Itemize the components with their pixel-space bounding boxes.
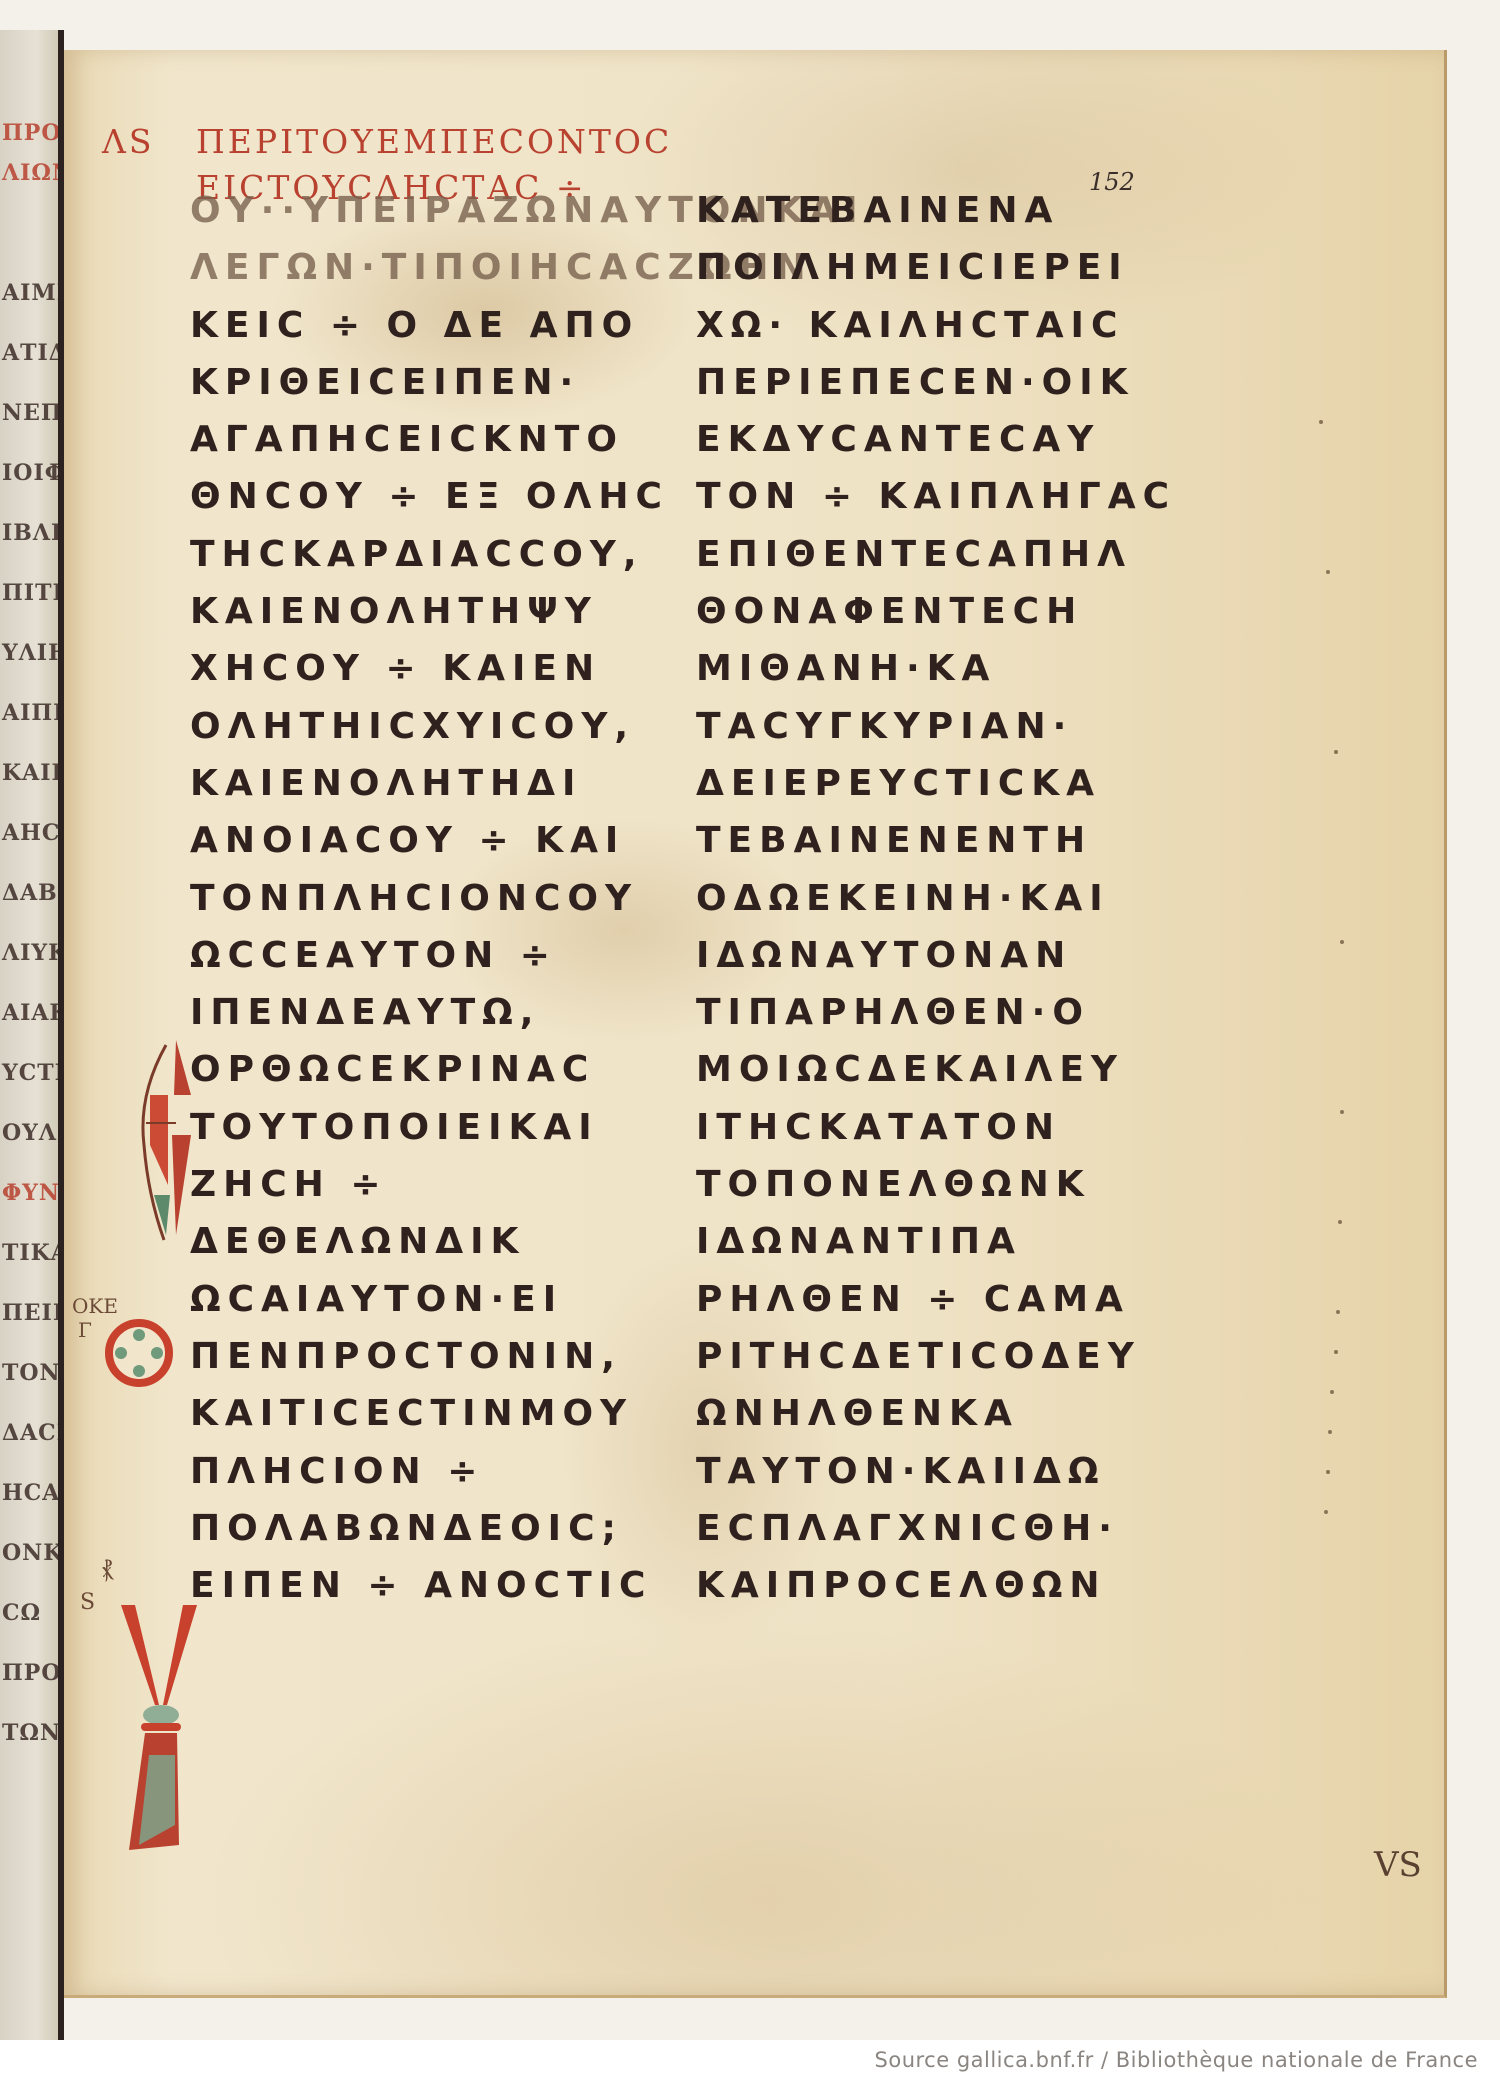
left-page-line: ΑΙΠΠΙ: [2, 700, 60, 726]
text-line: ΟΔΩΕΚΕΙΝΗ·ΚΑΙ: [696, 870, 1176, 927]
cross-mark-icon: ⳩: [102, 1558, 112, 1583]
left-page-line: ΟΝΚΙ: [2, 1540, 60, 1566]
text-line: ΚΑΙΠΡΟCΕΛΘΩΝ: [696, 1557, 1176, 1614]
margin-note-section-sub: Γ: [78, 1318, 92, 1342]
text-line: ΡΙΤΗCΔΕΤΙCΟΔΕΥ: [696, 1328, 1176, 1385]
pricking-hole: [1330, 1390, 1334, 1394]
left-page-line: ΤΩΝΙ: [2, 1720, 60, 1746]
left-page-line: ΤΙΚΑΝ: [2, 1240, 60, 1266]
chapter-number: ΛS: [102, 122, 154, 161]
text-line: ΤΑCΥΓΚΥΡΙΑΝ·: [696, 698, 1176, 755]
rubric-title-line-1: ΠΕΡΙΤΟΥΕΜΠΕCΟΝΤΟC: [196, 122, 672, 161]
text-line: ΕΚΔΥCΑΝΤΕCΑΥ: [696, 411, 1176, 468]
pricking-hole: [1326, 570, 1330, 574]
text-line: ΤΑΥΤΟΝ·ΚΑΙΙΔΩ: [696, 1443, 1176, 1500]
illuminated-initial-epsilon-icon: [136, 1035, 196, 1245]
text-line: ΤΟΝ ÷ ΚΑΙΠΛΗΓΑC: [696, 468, 1176, 525]
pricking-hole: [1334, 750, 1338, 754]
left-page-line: ΛΙΥΚΑ: [2, 940, 60, 966]
text-line: ΡΗΛΘΕΝ ÷ CΑΜΑ: [696, 1271, 1176, 1328]
text-line: ΙΔΩΝΑΥΤΟΝΑΝ: [696, 927, 1176, 984]
text-line: ΙΤΗCΚΑΤΑΤΟΝ: [696, 1099, 1176, 1156]
text-line: ΚΑΤΕΒΑΙΝΕΝΑ: [696, 182, 1176, 239]
left-page-line: ΠΡΟCΑΥ: [2, 1660, 60, 1686]
pricking-hole: [1334, 1350, 1338, 1354]
left-page-line: ΑΙΜΙΓΙ: [2, 280, 60, 306]
text-column-right: ΚΑΤΕΒΑΙΝΕΝΑ ΠΟΙΛΗΜΕΙCΙΕΡΕΙ ΧΩ· ΚΑΙΛΗCΤΑΙ…: [696, 182, 1176, 1614]
text-line: ΜΙΘΑΝΗ·ΚΑ: [696, 640, 1176, 697]
pricking-hole: [1340, 940, 1344, 944]
illuminated-initial-omicron-icon: [104, 1318, 174, 1388]
text-line: ΠΟΙΛΗΜΕΙCΙΕΡΕΙ: [696, 239, 1176, 296]
left-page-rubric-line: ΠΡΟΥΤΗ: [2, 120, 60, 146]
left-page-line: ΗCΑCΖ: [2, 1480, 60, 1506]
left-page-line: ΑΙΑΚΥ: [2, 1000, 60, 1026]
left-page-line: ΟΥΛΝ: [2, 1120, 60, 1146]
left-page-line: ΔΑCΙΚ: [2, 1420, 60, 1446]
left-facing-page-edge: ΠΡΟΥΤΗ ΛΙΩΝΥ ΑΙΜΙΓΙ ΑΤΙΔΝ ΝΕΠΙΠ ΙΟΙΦ ΙΒΛ…: [0, 30, 60, 2040]
text-line: ΤΟΠΟΝΕΛΘΩΝΚ: [696, 1156, 1176, 1213]
pricking-hole: [1328, 1430, 1332, 1434]
left-page-line: ΥΛΙΗ: [2, 640, 60, 666]
text-line: ΙΔΩΝΑΝΤΙΠΑ: [696, 1213, 1176, 1270]
pricking-hole: [1324, 1510, 1328, 1514]
left-page-rubric-line: ΦΥΝΟ: [2, 1180, 60, 1206]
manuscript-folio: ΛS ΠΕΡΙΤΟΥΕΜΠΕCΟΝΤΟC ΕΙCΤΟΥCΛΗCΤΑC ÷ 152…: [64, 50, 1447, 1998]
pricking-hole: [1340, 1110, 1344, 1114]
left-page-rubric-line: ΛΙΩΝΥ: [2, 160, 60, 186]
margin-note-s: S: [80, 1590, 95, 1615]
text-line: ΩΝΗΛΘΕΝΚΑ: [696, 1385, 1176, 1442]
left-page-line: ΤΟΝΑΙ: [2, 1360, 60, 1386]
catchword-mark: VS: [1374, 1845, 1422, 1885]
left-page-line: ΠΙΤΕ: [2, 580, 60, 606]
text-line: ΤΕΒΑΙΝΕΝΕΝΤΗ: [696, 812, 1176, 869]
text-line: ΘΟΝΑΦΕΝΤΕCΗ: [696, 583, 1176, 640]
pricking-hole: [1336, 1310, 1340, 1314]
left-page-line: ΙΟΙΦ: [2, 460, 60, 486]
left-page-line: CΩ: [2, 1600, 60, 1626]
left-page-line: ΥCΤΙΕ: [2, 1060, 60, 1086]
left-page-line: ΑΗCΑΗ: [2, 820, 60, 846]
left-page-line: ΝΕΠΙΠ: [2, 400, 60, 426]
margin-note-section: ΟΚΕ: [72, 1294, 118, 1318]
text-line: ΜΟΙΩCΔΕΚΑΙΛΕΥ: [696, 1041, 1176, 1098]
left-page-line: ΚΑΙΒΑΙ: [2, 760, 60, 786]
text-line: ΠΕΡΙΕΠΕCΕΝ·ΟΙΚ: [696, 354, 1176, 411]
text-line: ΕCΠΛΑΓΧΝΙCΘΗ·: [696, 1500, 1176, 1557]
left-page-line: ΠΕΙΡ: [2, 1300, 60, 1326]
left-page-line: ΙΒΛΕΠΙ: [2, 520, 60, 546]
pricking-hole: [1326, 1470, 1330, 1474]
pricking-hole: [1319, 420, 1323, 424]
text-line: ΕΠΙΘΕΝΤΕCΑΠΗΛ: [696, 526, 1176, 583]
illuminated-initial-upsilon-icon: [119, 1605, 199, 1855]
left-page-line: ΔΑΒΕΙ: [2, 880, 60, 906]
left-page-line: ΑΤΙΔΝ: [2, 340, 60, 366]
pricking-hole: [1338, 1220, 1342, 1224]
text-line: ΧΩ· ΚΑΙΛΗCΤΑΙC: [696, 297, 1176, 354]
source-attribution: Source gallica.bnf.fr / Bibliothèque nat…: [875, 2048, 1478, 2072]
text-line: ΤΙΠΑΡΗΛΘΕΝ·Ο: [696, 984, 1176, 1041]
text-line: ΔΕΙΕΡΕΥCΤΙCΚΑ: [696, 755, 1176, 812]
